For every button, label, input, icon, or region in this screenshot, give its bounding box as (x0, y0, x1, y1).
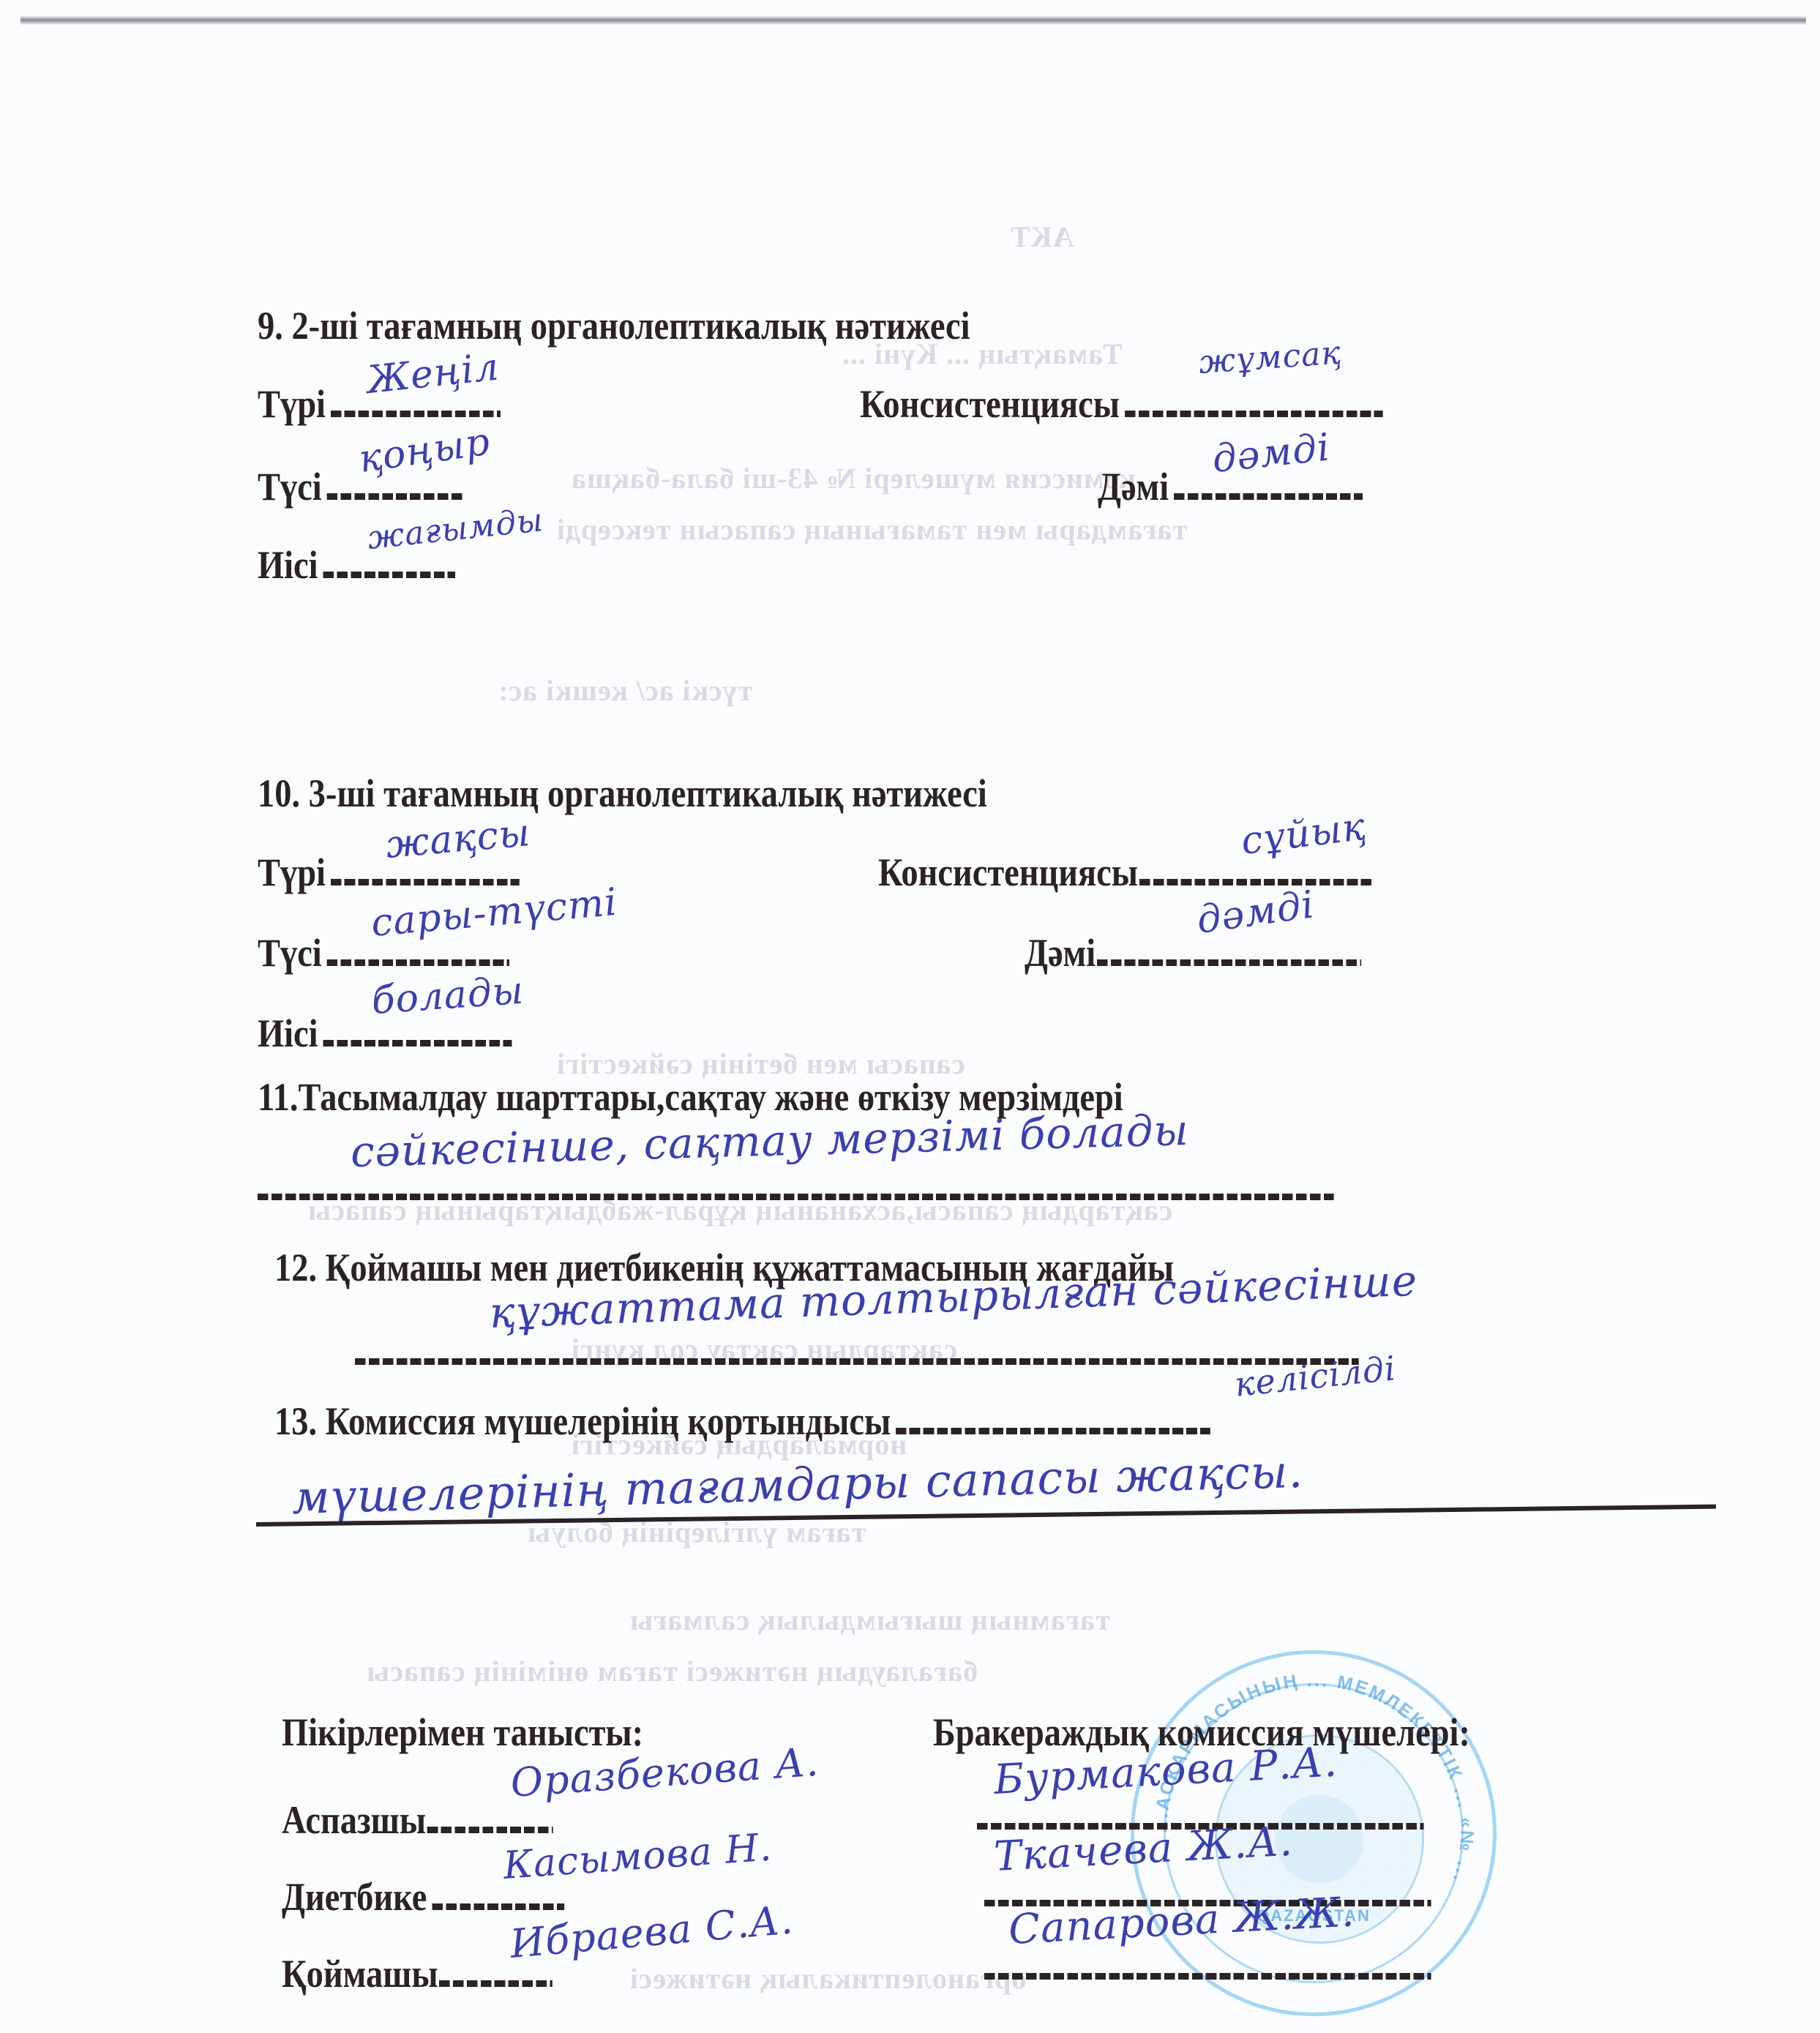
fill-line (327, 493, 463, 500)
bleed-through-text: органолептикалық нәтижесі (629, 1961, 1026, 1996)
section-10-title: 10. 3-ші тағамның органолептикалық нәтиж… (258, 774, 987, 813)
bleed-through-text: комиссия мүшелері № 43-ші бала-бақша (571, 461, 1136, 495)
fill-line (258, 1194, 1334, 1200)
bleed-through-text: тағамның шығымдылық салмағы (629, 1603, 1110, 1637)
field-label: Түрі (258, 382, 326, 426)
signature-label: Қоймашы (282, 1952, 438, 1996)
fill-line (896, 1428, 1210, 1434)
field-s9-iisi: Иісі (258, 545, 455, 585)
fill-line (1139, 879, 1372, 886)
bleed-through-text: АКТ (1010, 220, 1074, 254)
field-label: Түсі (258, 931, 322, 975)
bleed-through-text: түскі ас/ кешкі ас: (498, 673, 752, 708)
field-label: Консистенциясы (860, 382, 1120, 426)
left-signatures-heading: Пікірлерімен танысты: (282, 1712, 643, 1752)
fill-line (427, 1827, 553, 1833)
field-label: Консистенциясы (878, 850, 1138, 894)
scan-edge (20, 16, 1806, 25)
handwritten-s9-iisi: жағымды (366, 501, 546, 557)
field-s10-dami: Дәмі (1025, 933, 1361, 973)
handwritten-s9-tusi: қоңыр (356, 419, 493, 482)
field-label: Дәмі (1025, 931, 1096, 975)
signature-row-member-3 (984, 1947, 1431, 1986)
fill-line (331, 879, 520, 886)
fill-line (355, 1358, 1359, 1365)
fill-line (439, 1980, 553, 1987)
signature-row-cook: Аспазшы (282, 1800, 553, 1840)
fill-line (984, 1973, 1431, 1980)
fill-line (327, 959, 509, 966)
field-label: Түсі (258, 465, 322, 509)
field-label: Иісі (258, 543, 318, 587)
bleed-through-text: бағалаудың нәтижесі тағам өнімінің сапас… (366, 1654, 978, 1688)
fill-line (1125, 411, 1383, 417)
handwritten-s9-konsistenciyasy: жұмсақ (1197, 334, 1342, 381)
section-12-fill-line (355, 1332, 1359, 1371)
section-13-label: 13. Комиссия мүшелерінің қортындысы (274, 1399, 891, 1443)
fill-line (1174, 493, 1363, 500)
fill-line (1097, 959, 1361, 966)
section-9-title: 9. 2-ші тағамның органолептикалық нәтиже… (258, 306, 970, 345)
bleed-through-text: тағамдары мен тамағының сапасын тексерді (556, 512, 1187, 547)
fill-line (432, 1903, 564, 1910)
fill-line (323, 572, 455, 578)
field-label: Иісі (258, 1011, 318, 1055)
field-label: Түрі (258, 850, 326, 894)
fill-line (323, 1040, 512, 1047)
section-13-title: 13. Комиссия мүшелерінің қортындысы (274, 1401, 1210, 1441)
fill-line (331, 411, 501, 417)
field-s9-tusi: Түсі (258, 467, 463, 506)
signature-label: Диетбике (282, 1875, 427, 1919)
signature-label: Аспазшы (282, 1798, 426, 1842)
field-s9-konsistenciyasy: Консистенциясы (860, 384, 1382, 424)
field-label: Дәмі (1098, 465, 1169, 509)
